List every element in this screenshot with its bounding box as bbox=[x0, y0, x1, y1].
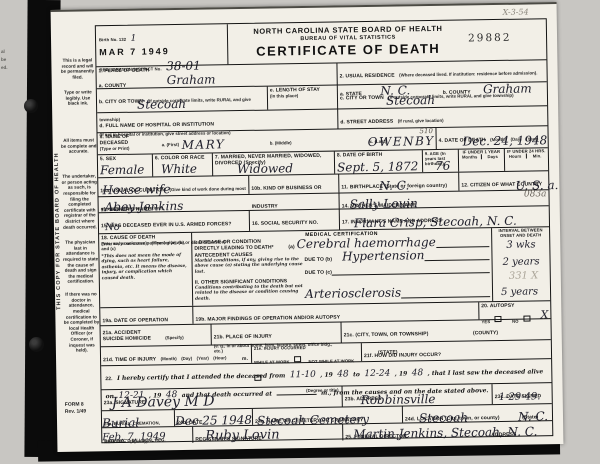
certificate-title: CERTIFICATE OF DEATH bbox=[228, 40, 468, 59]
burial-value: Burial bbox=[102, 417, 139, 430]
accident-hint: (Specify) bbox=[165, 335, 184, 340]
burial-location-value: Stecoah bbox=[419, 411, 468, 424]
field-color-race: 6. COLOR OR RACE White bbox=[152, 153, 212, 176]
corner-annotation: X-3-54 bbox=[502, 7, 528, 16]
cause-footnote: *This does not mean the mode of dying, s… bbox=[101, 253, 189, 281]
field-injury-occurred: 21e. INJURY OCCURRED WHILE AT WORK NOT W… bbox=[251, 343, 361, 363]
autopsy-label: 20. AUTOPSY bbox=[481, 302, 548, 309]
scan-edge-text-fragment: be bbox=[1, 56, 6, 63]
interval-other: 5 years bbox=[501, 287, 538, 298]
degree-hint: (Degree or title) bbox=[306, 388, 339, 394]
age-value: 76 bbox=[435, 160, 450, 172]
margin-note: The physician last in attendance is requ… bbox=[62, 239, 99, 285]
birth-no-value: 1 bbox=[131, 35, 137, 44]
scan-edge-text-fragment: ed. bbox=[1, 64, 8, 71]
certify-from-date: 11-10 bbox=[290, 371, 316, 380]
time-of-injury-label: 21d. TIME OF INJURY bbox=[103, 356, 156, 363]
cemetery-value: Stecoah Cemetery bbox=[257, 413, 369, 427]
armed-label: 15. WAS DECEASED EVER IN U.S. ARMED FORC… bbox=[101, 221, 232, 229]
field-cause-of-death-label: 18. CAUSE OF DEATH Enter only one cause … bbox=[99, 233, 192, 307]
injury-occurred-label: 21e. INJURY OCCURRED bbox=[254, 344, 359, 351]
certify-to-date: 12-24 bbox=[364, 370, 390, 379]
name-hint: (Type or Print) bbox=[100, 145, 158, 151]
field-business: 10b. KIND OF BUSINESS OR INDUSTRY bbox=[248, 175, 338, 194]
while-at-work-checkbox bbox=[294, 356, 301, 362]
months-label: Months bbox=[459, 154, 482, 159]
cause-sub: Enter only one cause per line for (a), (… bbox=[101, 240, 189, 252]
mother-annotation: 083a bbox=[524, 190, 547, 199]
death-date-value: Dec. 24, 1948 bbox=[463, 134, 548, 147]
residence-city-value: Stecoah bbox=[386, 94, 435, 107]
sex-value: Female bbox=[100, 164, 144, 177]
min-label: Min. bbox=[526, 153, 548, 158]
header-registration-box: Birth No. 132 1 MAR 7 1949 REGISTRATION … bbox=[96, 24, 229, 66]
received-date-stamp: MAR 7 1949 bbox=[99, 45, 224, 57]
toi-hour: (Hour) bbox=[213, 355, 226, 360]
physician-address-value: Robbinsville bbox=[361, 393, 436, 406]
form-rev-line: Rev. 1/49 bbox=[65, 408, 86, 415]
dob-value: Sept. 5, 1872 bbox=[337, 160, 418, 173]
informant-value: Flara Crisp, Stecoah, N. C. bbox=[354, 215, 517, 230]
margin-note: Type or write legibly. Use black ink. bbox=[60, 89, 96, 106]
interval-direct: 3 wks bbox=[506, 240, 535, 250]
field-armed-forces: 15. WAS DECEASED EVER IN U.S. ARMED FORC… bbox=[99, 211, 249, 233]
certify-p2: , 19 bbox=[320, 372, 333, 379]
middle-name-label: b. (Middle) bbox=[270, 140, 292, 145]
field-physician-address: 23b. ADDRESS Robbinsville bbox=[342, 384, 492, 406]
certify-p4: , 19 bbox=[395, 370, 408, 377]
father-value: Abey Jenkins bbox=[105, 200, 184, 213]
field-length-of-stay: e. LENGTH OF STAY (in this place) bbox=[267, 86, 337, 110]
field-age-under-1-year: IF UNDER 1 YEAR Months Days bbox=[458, 149, 504, 172]
street-hint: (If rural, give location) bbox=[398, 118, 444, 124]
field-time-of-injury: 21d. TIME OF INJURY (Month) (Day) (Year)… bbox=[101, 345, 251, 365]
injury-county-label: (COUNTY) bbox=[473, 330, 498, 336]
ssn-label: 16. SOCIAL SECURITY NO. bbox=[252, 220, 318, 227]
armed-value: No bbox=[105, 223, 120, 233]
hours-label: Hours bbox=[505, 154, 527, 159]
stamp-331x: 331 X bbox=[509, 271, 539, 281]
dob-label: 8. DATE OF BIRTH bbox=[337, 151, 420, 158]
margin-note: All items must be complete and accurate. bbox=[61, 137, 97, 154]
margin-note: This is a legal record and will be perma… bbox=[59, 57, 95, 80]
accident-label: 21a. ACCIDENT SUICIDE HOMICIDE bbox=[103, 329, 161, 342]
death-certificate-form: Birth No. 132 1 MAR 7 1949 REGISTRATION … bbox=[95, 18, 554, 443]
certify-from-year: 48 bbox=[337, 370, 349, 379]
occupation-value: House wife bbox=[102, 183, 170, 196]
field-middle-name: b. (Middle) bbox=[267, 129, 367, 152]
marital-value: Widowed bbox=[237, 162, 293, 175]
field-first-name: a. (First) MARY bbox=[159, 131, 267, 154]
place-of-injury-label: 21b. PLACE OF INJURY bbox=[214, 334, 272, 341]
registrar-signature-value: Ruby Lovin bbox=[205, 428, 279, 442]
birth-no-label: Birth No. 132 bbox=[99, 37, 126, 42]
burial-state-value: N. C. bbox=[518, 410, 548, 422]
certify-p1: I hereby certify that I attended the dec… bbox=[117, 372, 285, 382]
field-birthplace: 11. BIRTHPLACE (State or foreign country… bbox=[338, 173, 458, 193]
mother-value: Sally Louin bbox=[350, 197, 418, 210]
field-occupation: 10a. USUAL OCCUPATION (Give kind of work… bbox=[98, 176, 248, 196]
residence-label: 2. USUAL RESIDENCE bbox=[340, 73, 395, 80]
certificate-number: 29882 bbox=[468, 19, 547, 60]
residence-hint: (Where deceased lived. If institution: r… bbox=[399, 70, 537, 77]
field-date-of-death: 4. DATE OF DEATH (Month) (Day) (Year) De… bbox=[435, 126, 547, 149]
interval-column: INTERVAL BETWEEN ONSET AND DEATH 3 wks 2… bbox=[491, 227, 550, 301]
street-label: d. STREET ADDRESS bbox=[340, 119, 393, 126]
form-header: Birth No. 132 1 MAR 7 1949 REGISTRATION … bbox=[96, 19, 547, 66]
field-date-signed: 23c. DATE SIGNED 1-29-49. bbox=[491, 383, 551, 404]
toi-month: (Month) bbox=[161, 356, 177, 361]
field-city-of-death: b. CITY OR TOWN (If outside corporate li… bbox=[97, 87, 267, 113]
field-burial-date: 24b. DATE Dec 25 1948 bbox=[174, 409, 252, 426]
autopsy-no-mark: X bbox=[540, 309, 548, 320]
due-to-b-value: Hypertension bbox=[342, 249, 425, 262]
burial-date-value: Dec 25 1948 bbox=[175, 414, 252, 427]
field-operation-date: 19a. DATE OF OPERATION bbox=[100, 307, 192, 325]
place-county-value: Graham bbox=[167, 73, 216, 86]
field-autopsy: 20. AUTOPSY YES NO X bbox=[478, 301, 550, 319]
first-name-value: MARY bbox=[182, 138, 226, 151]
field-date-of-birth: 8. DATE OF BIRTH Sept. 5, 1872 bbox=[334, 150, 422, 173]
antecedent-hint: Morbid conditions, if any, giving rise t… bbox=[194, 257, 304, 275]
field-ssn: 16. SOCIAL SECURITY NO. bbox=[249, 209, 339, 230]
last-name-annotation: 510 bbox=[419, 128, 432, 135]
last-name-value: OWENBY bbox=[368, 135, 435, 148]
punch-hole bbox=[24, 99, 38, 113]
form-number: FORM 8 Rev. 1/49 bbox=[65, 401, 87, 415]
certify-p3: to bbox=[353, 371, 360, 378]
medical-certification-block: MEDICAL CERTIFICATION I. DISEASE OR COND… bbox=[191, 228, 492, 306]
toi-m: m. bbox=[242, 356, 248, 362]
date-received-value: Feb. 7, 1949 bbox=[102, 432, 165, 443]
toi-year: (Year) bbox=[197, 356, 209, 361]
punch-hole bbox=[29, 337, 44, 352]
field-age: 9. AGE (In years last birthday) 76 bbox=[422, 150, 458, 173]
certify-to-year: 48 bbox=[412, 369, 424, 378]
color-race-value: White bbox=[161, 163, 197, 176]
interval-label: INTERVAL BETWEEN ONSET AND DEATH bbox=[492, 227, 549, 238]
toi-day: (Day) bbox=[181, 356, 192, 361]
certificate-page: X-3-54 THIS COPY FOR STATE BOARD OF HEAL… bbox=[51, 2, 564, 452]
how-injury-label: 21f. HOW DID INJURY OCCUR? bbox=[364, 352, 441, 359]
sex-label: 5. SEX bbox=[100, 155, 150, 162]
field-name-label: 3. NAME OF DECEASED (Type or Print) bbox=[98, 132, 160, 154]
field-age-under-24-hrs: IF UNDER 24 HRS. Hours Min. bbox=[504, 148, 548, 171]
other-conditions-hint: Conditions contributing to the death but… bbox=[195, 284, 305, 302]
scan-edge-text-fragment: al bbox=[1, 48, 5, 55]
other-conditions-value: Arteriosclerosis bbox=[305, 287, 401, 301]
color-race-label: 6. COLOR OR RACE bbox=[155, 155, 210, 162]
field-accident-suicide-homicide: 21a. ACCIDENT SUICIDE HOMICIDE (Specify) bbox=[101, 325, 211, 347]
due-to-c-label: DUE TO (c) bbox=[305, 270, 332, 276]
field-burial: 24a. BURIAL, CREMATION, REMOVAL (Specify… bbox=[102, 410, 174, 427]
margin-note: If there was no doctor in attendance, me… bbox=[63, 291, 100, 353]
field-place-of-injury: 21b. PLACE OF INJURY (e. g., in or about… bbox=[211, 322, 341, 344]
first-name-label: a. (First) bbox=[162, 142, 179, 147]
hospital-label: d. FULL NAME OF HOSPITAL OR INSTITUTION bbox=[99, 121, 214, 129]
field-residence-city: c. CITY OR TOWN (If outside corporate li… bbox=[337, 82, 547, 108]
field-marital-status: 7. MARRIED, NEVER MARRIED, WIDOWED, DIVO… bbox=[212, 152, 334, 176]
interval-due-b: 2 years bbox=[503, 257, 540, 268]
name-label: 3. NAME OF DECEASED bbox=[100, 133, 158, 146]
place-label: 1. PLACE OF DEATH bbox=[98, 65, 334, 75]
field-sex: 5. SEX Female bbox=[98, 154, 152, 177]
field-citizen: 12. CITIZEN OF WHAT COUNTRY U. S. a. bbox=[458, 171, 548, 190]
stay-hint: (in this place) bbox=[270, 93, 335, 99]
city-value: Stecoah bbox=[137, 98, 186, 111]
due-to-b-label: DUE TO (b) bbox=[304, 257, 332, 263]
injury-city-label: 21c. (CITY, TOWN, OR TOWNSHIP) bbox=[344, 331, 429, 338]
days-label: Days bbox=[481, 154, 504, 159]
header-title-block: NORTH CAROLINA STATE BOARD OF HEALTH BUR… bbox=[228, 20, 469, 64]
residence-city-label: c. CITY OR TOWN bbox=[340, 95, 384, 102]
margin-note: The undertaker, or person acting as such… bbox=[61, 173, 98, 230]
birthplace-value: N. C. bbox=[379, 179, 409, 191]
field-last-name: c. (Last) OWENBY 510 bbox=[367, 128, 435, 150]
field-burial-location: 24d. LOCATION (City, town, or county) (S… bbox=[402, 404, 552, 422]
funeral-director-value: Martin Jenkins, Stecoah, N. C. bbox=[353, 425, 537, 440]
signature-value: J A Davey M D bbox=[112, 394, 215, 410]
certify-number: 22. bbox=[105, 376, 112, 382]
date-signed-value: 1-29-49. bbox=[499, 392, 541, 403]
operation-date-label: 19a. DATE OF OPERATION bbox=[102, 317, 168, 324]
